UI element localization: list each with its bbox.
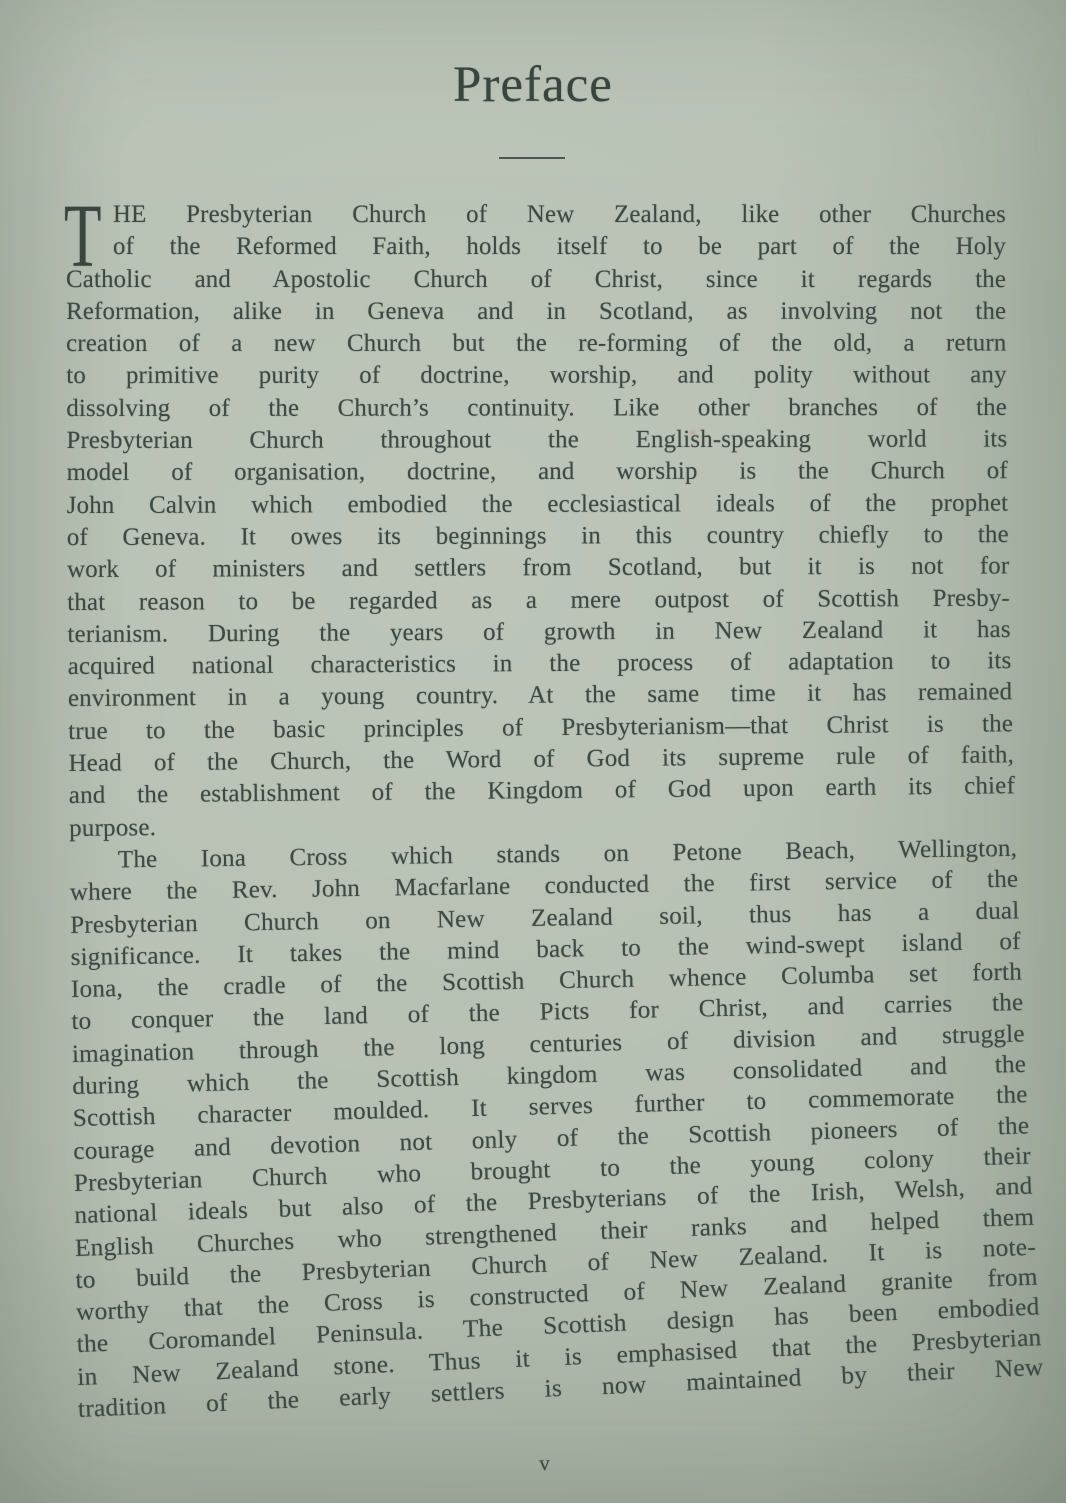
text-line: work of ministers and settlers from Scot… [67,551,1009,587]
text-line: Catholic and Apostolic Church of Christ,… [66,263,1006,295]
title-divider-rule [499,157,565,159]
text-line: John Calvin which embodied the ecclesias… [67,487,1009,522]
page-title: Preface [0,56,1066,114]
text-line: model of organisation, doctrine, and wor… [67,455,1008,489]
paragraph: THE Presbyterian Church of New Zealand, … [66,199,1006,845]
text-line: Reformation, alike in Geneva and in Scot… [66,296,1006,329]
text-line: HE Presbyterian Church of New Zealand, l… [66,199,1006,231]
text-line: of Geneva. It owes its beginnings in thi… [67,519,1009,554]
preface-text: THE Presbyterian Church of New Zealand, … [66,199,1006,1426]
book-page: Preface THE Presbyterian Church of New Z… [0,0,1066,1503]
text-line: to primitive purity of doctrine, worship… [66,360,1007,393]
paragraph: The Iona Cross which stands on Petone Be… [66,845,1006,1426]
text-line: Presbyterian Church throughout the Engli… [66,424,1007,458]
text-line: dissolving of the Church’s continuity. L… [66,392,1007,425]
text-line: of the Reformed Faith, holds itself to b… [66,231,1006,263]
text-line: that reason to be regarded as a mere out… [67,582,1010,619]
page-number: v [12,1440,1066,1487]
text-line: creation of a new Church but the re-form… [66,328,1006,361]
